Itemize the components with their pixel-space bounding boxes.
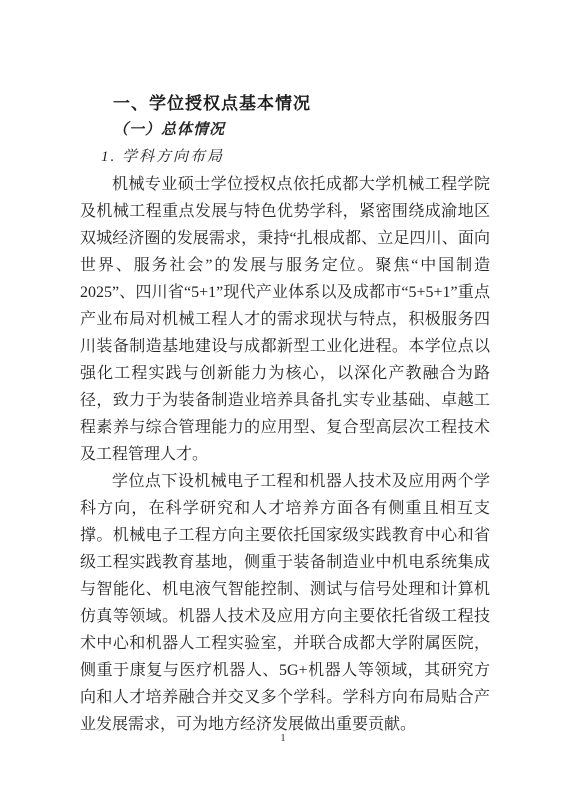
section-heading: 一、学位授权点基本情况 [113,90,490,117]
subsection-heading: （一）总体情况 [113,117,490,144]
document-content: 一、学位授权点基本情况 （一）总体情况 1. 学科方向布局 机械专业硕士学位授权… [80,90,490,738]
body-paragraph-1: 机械专业硕士学位授权点依托成都大学机械工程学院及机械工程重点发展与特色优势学科，… [80,171,490,468]
subsubsection-heading: 1. 学科方向布局 [101,144,490,171]
document-page: 一、学位授权点基本情况 （一）总体情况 1. 学科方向布局 机械专业硕士学位授权… [0,0,566,800]
scanned-document-page: { "page": { "background_color": "#ffffff… [0,0,566,800]
page-number: 1 [280,732,286,744]
page-footer: 1 [0,728,566,746]
body-paragraph-2: 学位点下设机械电子工程和机器人技术及应用两个学科方向，在科学研究和人才培养方面各… [80,468,490,738]
